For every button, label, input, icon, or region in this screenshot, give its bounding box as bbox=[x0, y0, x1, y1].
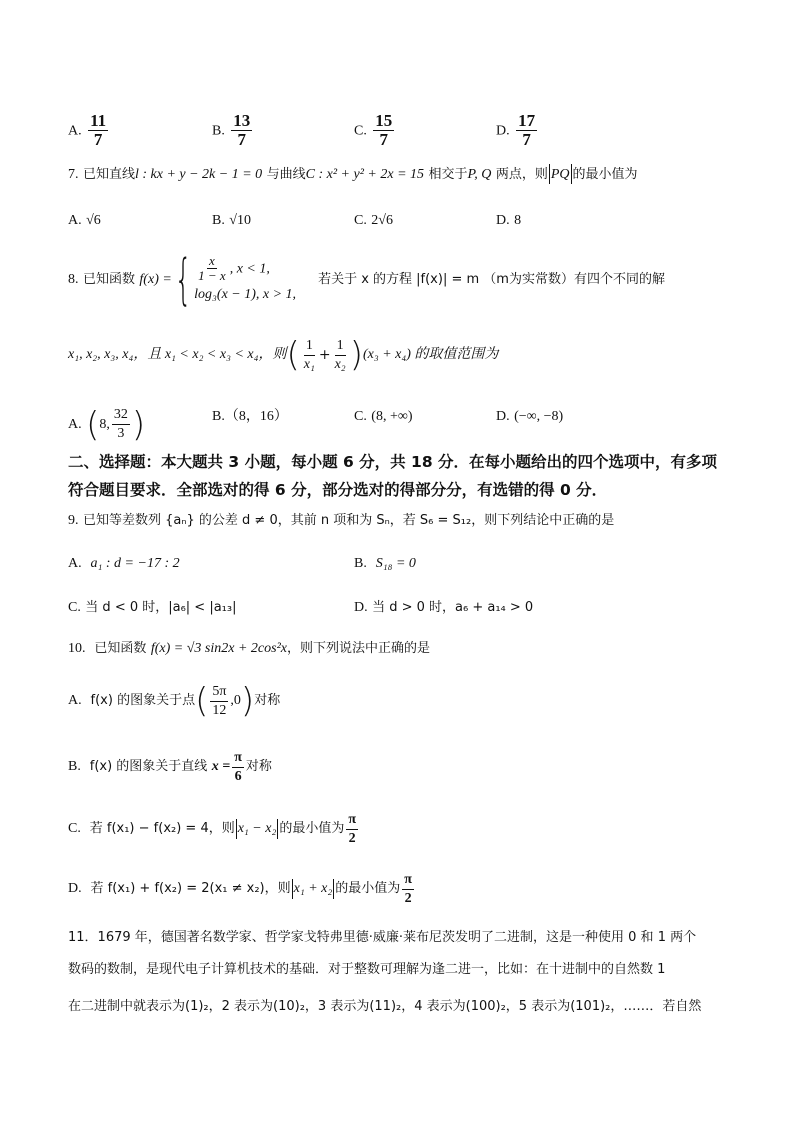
question-7: 7. 已知直线l : kx + y − 2k − 1 = 0 与曲线C : x²… bbox=[68, 164, 638, 185]
question-8-line-2: x₁, x₂, x₃, x₄，且 x₁ < x₂ < x₃ < x₄，则 ( 1… bbox=[68, 340, 498, 370]
q7-option-d: D. 8 bbox=[496, 210, 521, 231]
fraction: 157 bbox=[373, 112, 394, 149]
left-brace: { bbox=[174, 253, 191, 307]
piecewise-cases: x1 − x, x < 1, log₃(x − 1), x > 1, bbox=[194, 254, 296, 306]
q9-option-d: D. 当 d > 0 时，a₆ + a₁₄ > 0 bbox=[354, 597, 533, 618]
q6-option-d: D. 177 bbox=[496, 112, 539, 149]
q8-option-d: D. (−∞, −8) bbox=[496, 406, 563, 427]
q9-option-b: B. S₁₈ = 0 bbox=[354, 553, 416, 574]
q10-option-c: C. 若 f(x₁) − f(x₂) = 4，则x₁ − x₂的最小值为 π2 bbox=[68, 814, 360, 844]
q6-option-a: A. 117 bbox=[68, 112, 110, 149]
q9-option-a: A. a₁ : d = −17 : 2 bbox=[68, 553, 180, 574]
section-2-heading: 二、选择题：本大题共 3 小题，每小题 6 分，共 18 分．在每小题给出的四个… bbox=[68, 448, 748, 504]
question-8: 8. 已知函数 f(x) = { x1 − x, x < 1, log₃(x −… bbox=[68, 250, 665, 310]
q8-option-b: B.（8，16） bbox=[212, 406, 288, 427]
question-11-line-3: 在二进制中就表示为(1)₂，2 表示为(10)₂，3 表示为(11)₂，4 表示… bbox=[68, 997, 701, 1017]
question-9: 9. 已知等差数列 {aₙ} 的公差 d ≠ 0，其前 n 项和为 Sₙ，若 S… bbox=[68, 510, 614, 531]
q9-option-c: C. 当 d < 0 时，|a₆| < |a₁₃| bbox=[68, 597, 237, 618]
fraction: 137 bbox=[231, 112, 252, 149]
q6-option-b: B. 137 bbox=[212, 112, 254, 149]
q10-option-b: B. f(x) 的图象关于直线 x = π6对称 bbox=[68, 752, 272, 782]
q10-option-d: D. 若 f(x₁) + f(x₂) = 2(x₁ ≠ x₂)，则x₁ + x₂… bbox=[68, 874, 416, 904]
q7-option-b: B. √10 bbox=[212, 210, 251, 231]
question-11-line-2: 数码的数制，是现代电子计算机技术的基础．对于整数可理解为逢二进一，比如：在十进制… bbox=[68, 960, 665, 980]
fraction: 177 bbox=[516, 112, 537, 149]
question-11-line-1: 11．1679 年，德国著名数学家、哲学家戈特弗里德·威廉·莱布尼茨发明了二进制… bbox=[68, 928, 696, 948]
question-10: 10. 已知函数 f(x) = √3 sin2x + 2cos²x，则下列说法中… bbox=[68, 638, 430, 659]
q6-option-c: C. 157 bbox=[354, 112, 396, 149]
fraction: 117 bbox=[88, 112, 108, 149]
q7-option-c: C. 2√6 bbox=[354, 210, 393, 231]
q8-option-a: A. (8, 323) bbox=[68, 406, 145, 443]
q7-option-a: A. √6 bbox=[68, 210, 101, 231]
q8-option-c: C. (8, +∞) bbox=[354, 406, 413, 427]
q10-option-a: A. f(x) 的图象关于点 (5π12,0)对称 bbox=[68, 686, 280, 716]
